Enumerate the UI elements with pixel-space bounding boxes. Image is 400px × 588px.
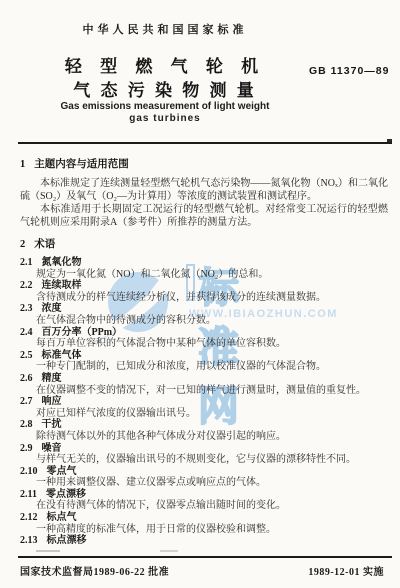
header-divider <box>18 142 392 144</box>
section-1-paragraph-2: 本标准适用于长期固定工况运行的轻型燃气轮机。对经常变工况运行的轻型燃气轮机则应采… <box>20 203 388 229</box>
term-2-13: 2.13标点漂移 <box>20 535 388 547</box>
term-definition: 含待测成分的样气连续经分析仪，并获得该成分的连续测量数据。 <box>20 292 388 304</box>
document-title-en-line2: gas turbines <box>0 113 330 124</box>
term-2-12: 2.12标点气 <box>20 512 388 524</box>
term-name: 标准气体 <box>42 350 82 362</box>
term-definition: 一种高精度的标准气体，用于日常的仪器校验和调整。 <box>20 524 388 536</box>
term-definition: 规定为一氧化氮（NO）和二氧化氮（NO₂）的总和。 <box>20 269 388 281</box>
section-2-number: 2 <box>20 238 25 252</box>
approval-authority-date: 国家技术监督局1989-06-22 批准 <box>20 563 169 578</box>
term-2-10: 2.10零点气 <box>20 466 388 478</box>
term-definition: 在没有待测气体的情况下，仪器零点输出随时间的变化。 <box>20 500 388 512</box>
term-name: 噪音 <box>42 443 62 455</box>
national-standard-label: 中华人民共和国国家标准 <box>0 21 330 37</box>
document-title-cn-line1: 轻 型 燃 气 轮 机 <box>0 52 330 77</box>
term-2-9: 2.9噪音 <box>20 443 388 455</box>
term-number: 2.2 <box>20 280 33 292</box>
section-1-heading: 1 主题内容与适用范围 <box>20 158 388 172</box>
term-definition: 在仪器调整不变的情况下，对一已知的样气进行测量时，测量值的重复性。 <box>20 385 388 397</box>
section-2-heading: 2 术语 <box>20 238 388 252</box>
term-name: 标点气 <box>47 512 77 524</box>
term-2-3: 2.3浓度 <box>20 303 388 315</box>
term-2-6: 2.6精度 <box>20 373 388 385</box>
term-2-11: 2.11零点漂移 <box>20 489 388 501</box>
document-title-en-line1: Gas emissions measurement of light weigh… <box>0 101 330 112</box>
term-number: 2.5 <box>20 350 33 362</box>
term-number: 2.3 <box>20 303 33 315</box>
term-2-2: 2.2连续取样 <box>20 280 388 292</box>
document-title-cn-line2: 气 态 污 染 物 测 量 <box>0 76 330 101</box>
standard-number: GB 11370—89 <box>309 65 389 77</box>
term-number: 2.10 <box>20 466 38 478</box>
scan-artifact <box>160 550 178 552</box>
term-name: 标点漂移 <box>47 535 87 547</box>
term-name: 氮氧化物 <box>42 257 82 269</box>
terms-list: 2.1氮氧化物 规定为一氧化氮（NO）和二氧化氮（NO₂）的总和。 2.2连续取… <box>20 257 388 547</box>
term-2-1: 2.1氮氧化物 <box>20 257 388 269</box>
section-2-title: 术语 <box>34 238 55 252</box>
term-name: 干扰 <box>42 419 62 431</box>
term-number: 2.9 <box>20 443 33 455</box>
term-definition: 一种专门配制的，已知成分和浓度，用以校准仪器的气体混合物。 <box>20 361 388 373</box>
term-definition: 一种用来调整仪器、建立仪器零点或响应点的气体。 <box>20 477 388 489</box>
term-number: 2.13 <box>20 535 38 547</box>
term-2-5: 2.5标准气体 <box>20 350 388 362</box>
term-definition: 除待测气体以外的其他各种气体成分对仪器引起的响应。 <box>20 431 388 443</box>
section-1-number: 1 <box>20 158 25 172</box>
term-definition: 对应已知样气浓度的仪器输出讯号。 <box>20 408 388 420</box>
term-name: 零点漂移 <box>46 489 86 501</box>
term-name: 浓度 <box>42 303 62 315</box>
scan-artifact <box>387 139 392 142</box>
term-number: 2.4 <box>20 327 33 339</box>
term-name: 连续取样 <box>42 280 82 292</box>
term-name: 响应 <box>42 396 62 408</box>
term-definition: 在气体混合物中的待测成分的容积分数。 <box>20 315 388 327</box>
term-number: 2.11 <box>20 489 37 501</box>
term-number: 2.7 <box>20 396 33 408</box>
footer-divider <box>18 556 392 558</box>
term-definition: 与样气无关的，仪器输出讯号的不规则变化，它与仪器的漂移特性不同。 <box>20 454 388 466</box>
term-name: 零点气 <box>47 466 77 478</box>
implementation-date: 1989-12-01 实施 <box>308 563 384 578</box>
section-1-paragraph-1: 本标准规定了连续测量轻型燃气轮机气态污染物——氮氧化物（NOₓ）和二氧化硫（SO… <box>20 177 388 203</box>
term-name: 精度 <box>42 373 62 385</box>
term-number: 2.6 <box>20 373 33 385</box>
term-number: 2.8 <box>20 419 33 431</box>
term-2-7: 2.7响应 <box>20 396 388 408</box>
term-number: 2.12 <box>20 512 38 524</box>
section-1-title: 主题内容与适用范围 <box>34 158 129 172</box>
term-2-4: 2.4百万分率（PPm） <box>20 327 388 339</box>
scan-artifact <box>36 550 60 552</box>
term-2-8: 2.8干扰 <box>20 419 388 431</box>
term-name: 百万分率（PPm） <box>42 327 123 339</box>
term-number: 2.1 <box>20 257 33 269</box>
document-body: 1 主题内容与适用范围 本标准规定了连续测量轻型燃气轮机气态污染物——氮氧化物（… <box>20 156 388 547</box>
term-definition: 每百万单位容积的气体混合物中某种气体的单位容积数。 <box>20 338 388 350</box>
document-page: 标准网 WWW.IBIAOZHUN.COM 中华人民共和国国家标准 轻 型 燃 … <box>0 0 400 588</box>
